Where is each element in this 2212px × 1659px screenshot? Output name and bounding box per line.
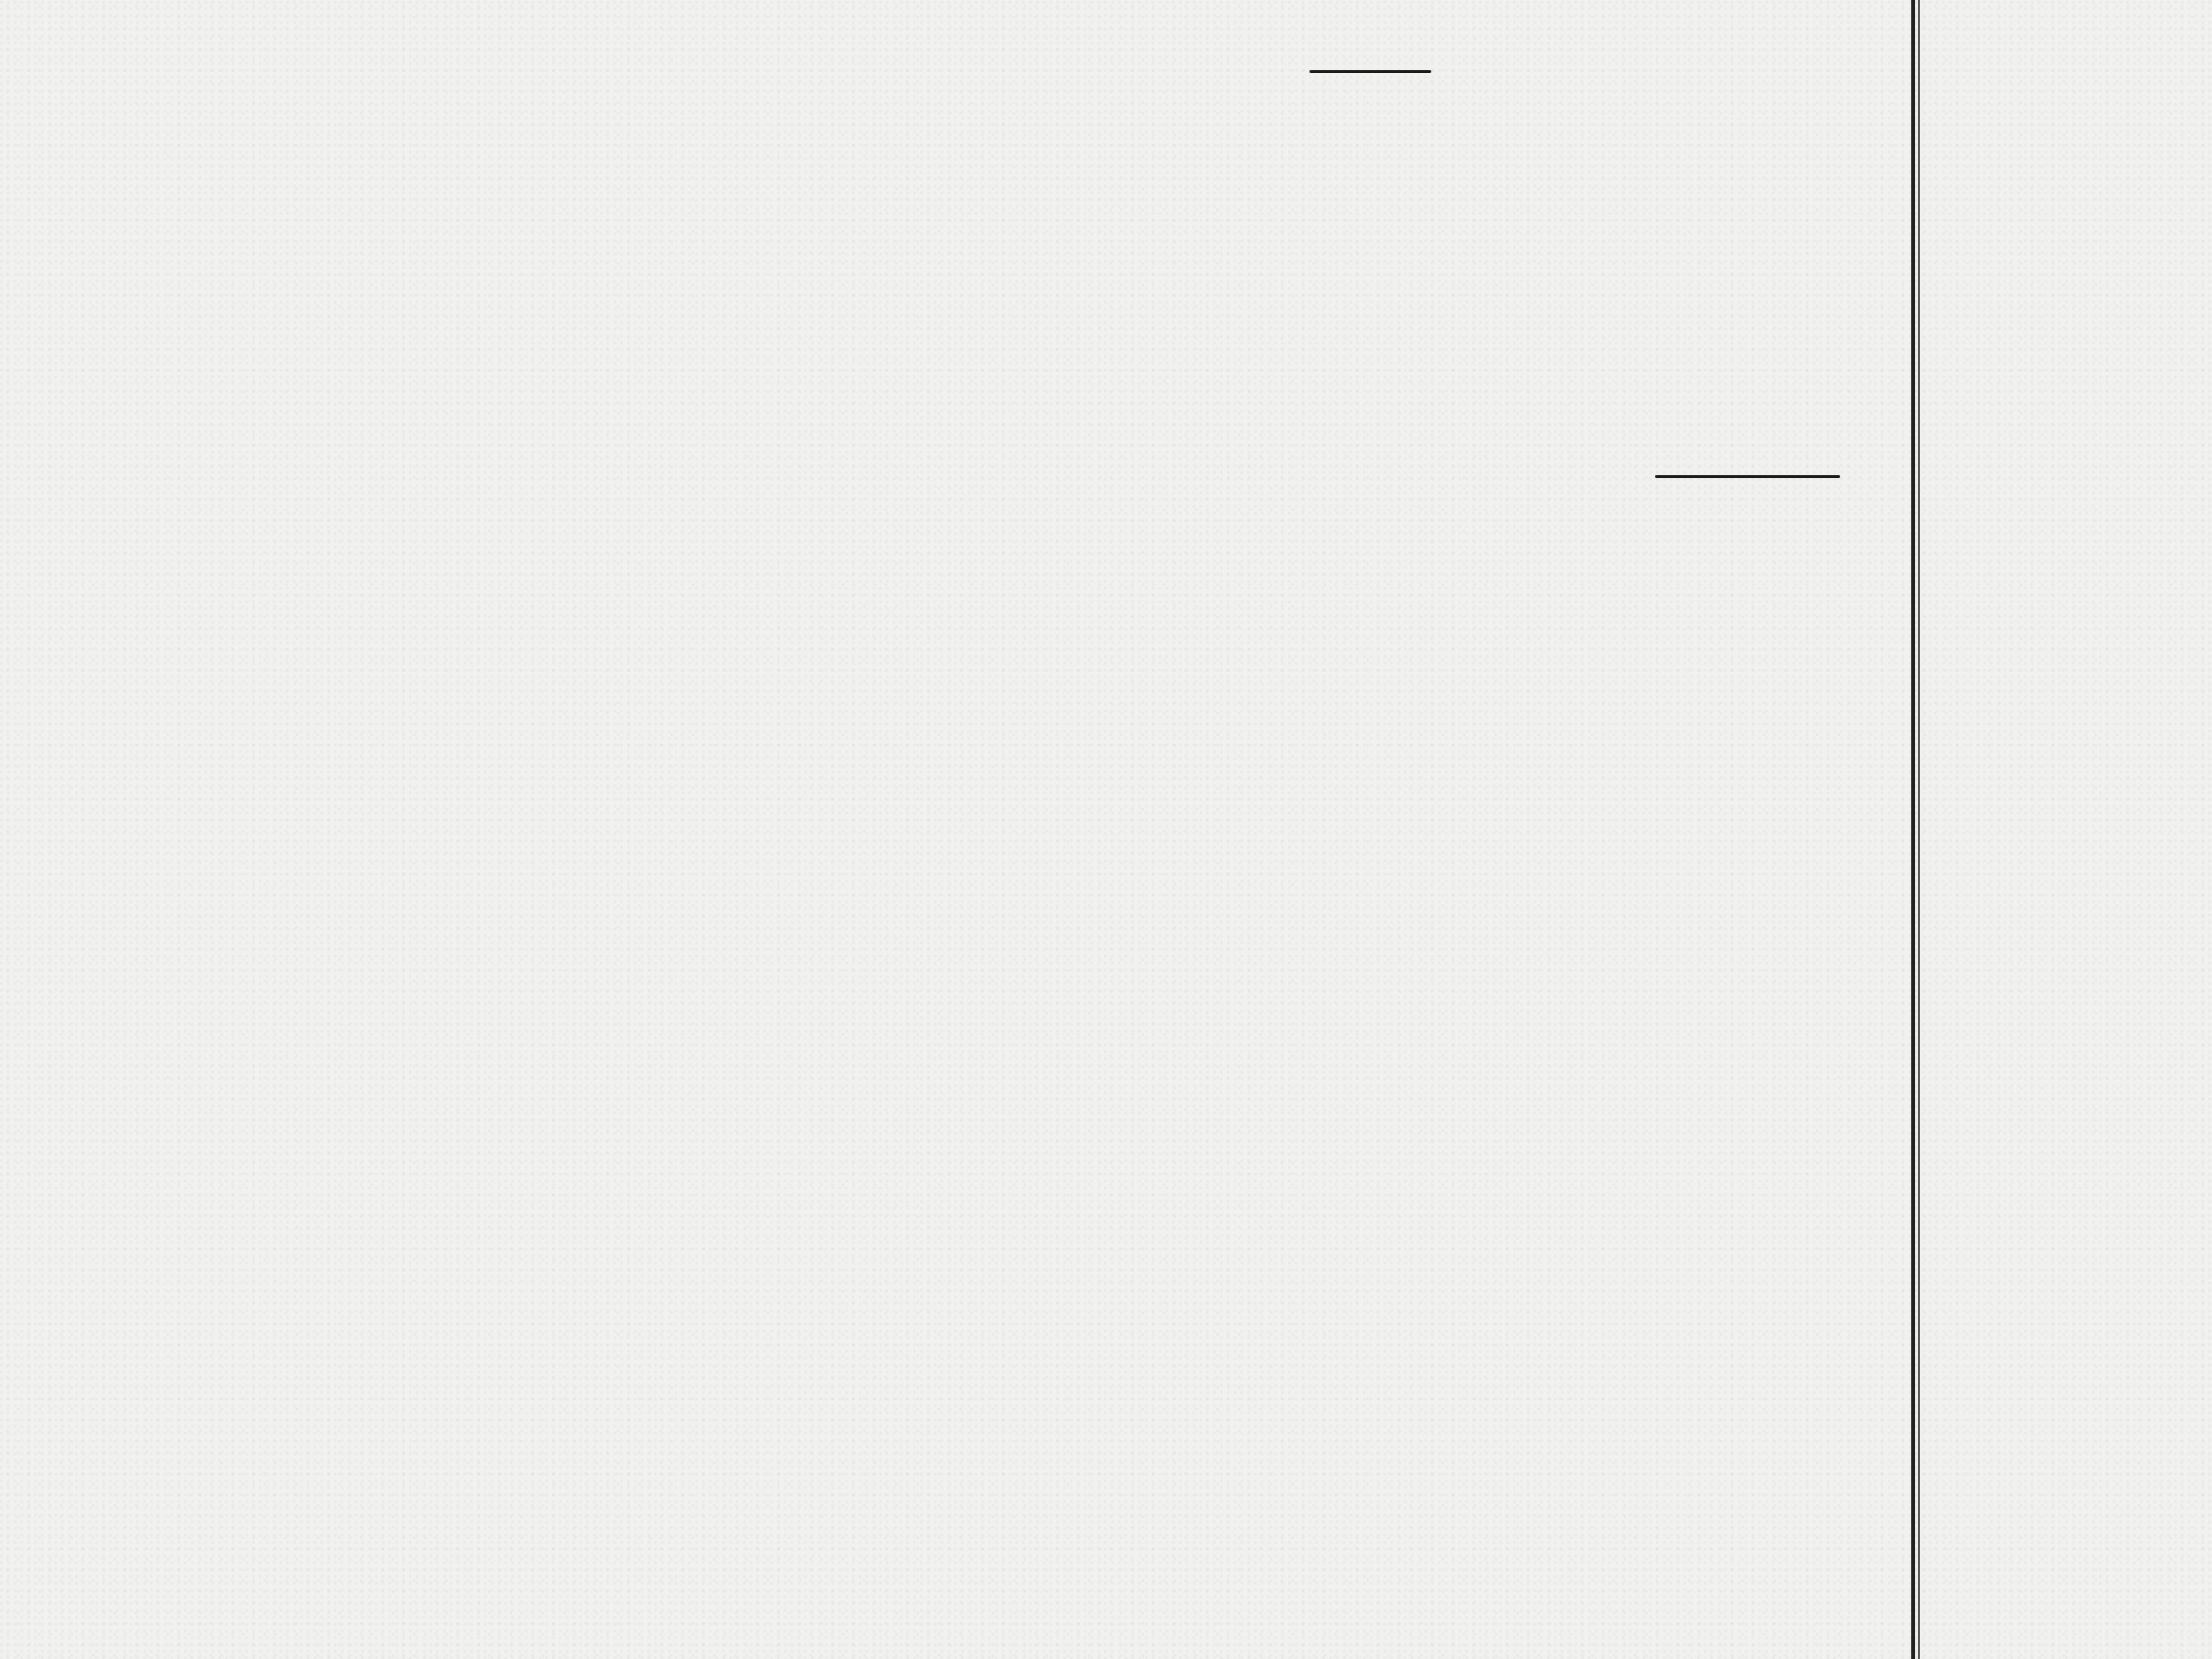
page-margin-border-inner — [1918, 0, 1920, 1659]
fill-rule — [1309, 70, 1431, 73]
page-margin-border — [1911, 0, 1915, 1659]
fill-rule — [1655, 475, 1840, 478]
scanned-register-page — [0, 0, 2212, 1659]
